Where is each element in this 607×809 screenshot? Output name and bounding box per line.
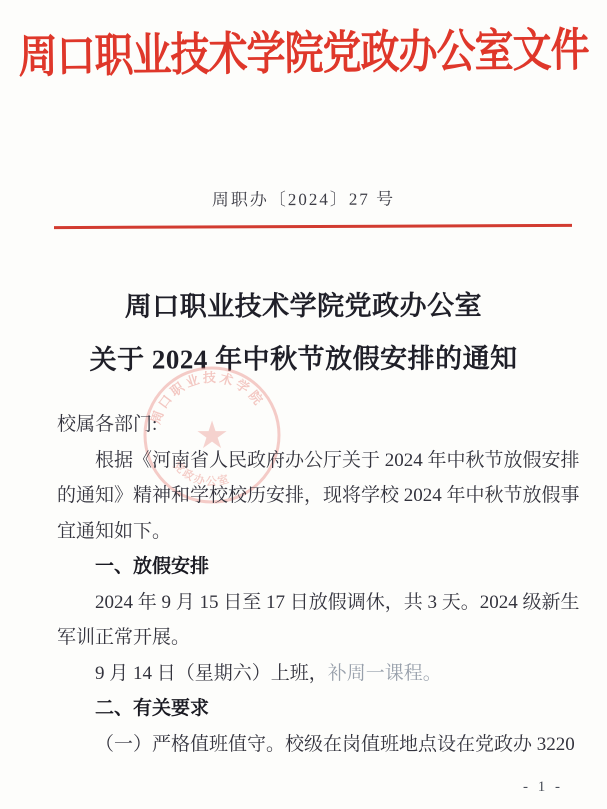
body-line: 根据《河南省人民政府办公厅关于 2024 年中秋节放假安排 — [57, 443, 557, 479]
document-header-title: 周口职业技术学院党政办公室文件 — [0, 13, 607, 86]
page-number: - 1 - — [523, 779, 563, 796]
body-line: 宜通知如下。 — [57, 514, 557, 550]
document-title-line1: 周口职业技术学院党政办公室 — [0, 279, 607, 334]
document-title: 周口职业技术学院党政办公室 关于 2024 年中秋节放假安排的通知 — [0, 279, 607, 387]
section-heading-2: 二、有关要求 — [57, 691, 557, 727]
document-body: 校属各部门: 根据《河南省人民政府办公厅关于 2024 年中秋节放假安排 的通知… — [57, 407, 557, 762]
body-line: 军训正常开展。 — [57, 620, 557, 656]
body-line-faint-part: 补周一课程。 — [328, 663, 442, 684]
body-line: 的通知》精神和学校校历安排，现将学校 2024 年中秋节放假事 — [57, 478, 557, 514]
body-line: （一）严格值班值守。校级在岗值班地点设在党政办 3220 — [57, 727, 557, 763]
section-heading-1: 一、放假安排 — [57, 549, 557, 585]
body-line: 9 月 14 日（星期六）上班，补周一课程。 — [57, 656, 557, 692]
body-line-normal-part: 9 月 14 日（星期六）上班， — [95, 663, 328, 684]
body-line: 2024 年 9 月 15 日至 17 日放假调休，共 3 天。2024 级新生 — [57, 585, 557, 621]
red-divider-line — [54, 224, 572, 229]
salutation-line: 校属各部门: — [57, 407, 557, 443]
document-number: 周职办〔2024〕27 号 — [0, 183, 607, 211]
document-title-line2: 关于 2024 年中秋节放假安排的通知 — [0, 332, 607, 387]
scanned-document-page: 周口职业技术学院党政办公室文件 周职办〔2024〕27 号 周口职业技术学院党政… — [0, 0, 607, 809]
